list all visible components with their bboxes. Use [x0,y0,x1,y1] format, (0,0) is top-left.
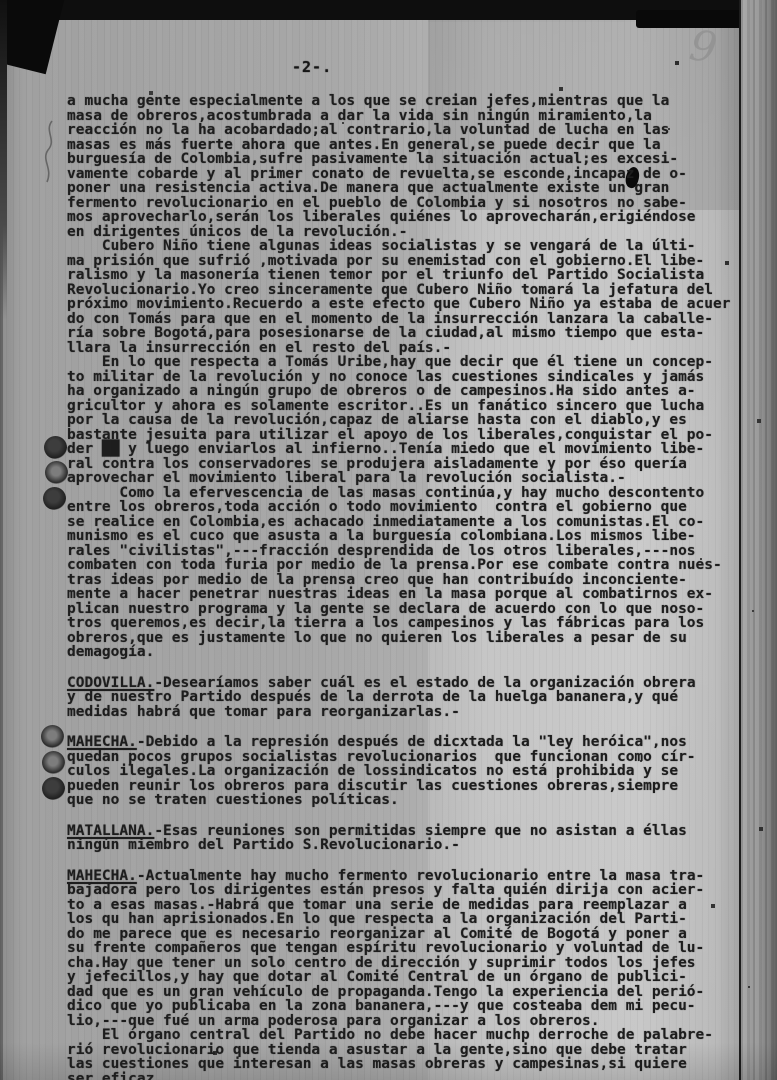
typed-line: do me parece que es necesario reorganiza… [67,927,757,942]
typed-line: se realice en Colombia,es achacado inmed… [67,515,757,530]
ink-bar-top-right [636,10,768,28]
typed-line: burguesía de Colombia,sufre pasivamente … [67,152,757,167]
typed-line: ser eficaz. [67,1072,757,1080]
paragraph: En lo que respecta a Tomás Uribe,hay que… [67,355,757,486]
typed-line: ma prisión que sufrió ,motivada por su e… [67,254,757,269]
typed-line: MATALLANA.-Esas reuniones son permitidas… [67,824,757,839]
typed-line: entre los obreros,toda acción o todo mov… [67,500,757,515]
typed-line: mos aprovecharlo,serán los liberales qui… [67,210,757,225]
typed-line: vamente cobarde y al primer conato de re… [67,167,757,182]
typed-line: en dirigentes únicos de la revolución.- [67,225,757,240]
typed-line: masas es más fuerte ahora que antes.En g… [67,138,757,153]
typed-line: plican nuestro programa y la gente se de… [67,602,757,617]
paragraph: Cubero Niño tiene algunas ideas socialis… [67,239,757,355]
typed-line: tros queremos,es decir,la tierra a los c… [67,616,757,631]
typed-line: to a esas masas.-Habrá que tomar una ser… [67,898,757,913]
typed-line: En lo que respecta a Tomás Uribe,hay que… [67,355,757,370]
punch-hole [41,725,64,748]
paragraph: a mucha gente especialmente a los que se… [67,94,757,239]
typed-line: y jefecillos,y hay que dotar al Comité C… [67,970,757,985]
typed-line: que no se traten cuestiones políticas. [67,793,757,808]
typed-line: combaten con toda furia por medio de la … [67,558,757,573]
typed-line: El órgano central del Partido no debe ha… [67,1028,757,1043]
typed-line: por la causa de la revolución,capaz de a… [67,413,757,428]
punch-hole [43,487,66,510]
typed-line: rió revolucionario que tienda a asustar … [67,1043,757,1058]
typed-line: MAHECHA.-Actualmente hay mucho fermento … [67,869,757,884]
typed-line: ha organizado a ningún grupo de obreros … [67,384,757,399]
typed-line: ral contra los conservadores se produjer… [67,457,757,472]
typed-line: obreros,que es justamente lo que no quie… [67,631,757,646]
typed-line: mente a hacer penetrar nuestras ideas en… [67,587,757,602]
scan-edge-top-grey [428,0,777,13]
typed-line: dico que yo publicaba en la zona bananer… [67,999,757,1014]
punch-hole [42,777,65,800]
typed-line: to militar de la revolución y no conoce … [67,370,757,385]
typed-line: dad que es un gran vehículo de propagand… [67,985,757,1000]
typed-line: tras ideas por medio de la prensa creo q… [67,573,757,588]
typed-line: cha.Hay que tener un solo centro de dire… [67,956,757,971]
typed-line: der ██ y luego enviarlos al infierno..Te… [67,442,757,457]
punch-hole [44,436,67,459]
typed-line: rales "civilistas",---fracción desprendi… [67,544,757,559]
typed-line: ningún miembro del Partido S.Revoluciona… [67,838,757,853]
typed-line: demagogía. [67,645,757,660]
typed-line: lio,---que fué un arma poderosa para org… [67,1014,757,1029]
scan-edge-left [0,0,3,1080]
typed-line: Revolucionario.Yo creo sinceramente que … [67,283,757,298]
typed-line: los qu han aprisionados.En lo que respec… [67,912,757,927]
paragraph: CODOVILLA.-Desearíamos saber cuál es el … [67,676,757,720]
paragraph: MAHECHA.-Actualmente hay mucho fermento … [67,869,757,1080]
typed-line: poner una resistencia activa.De manera q… [67,181,757,196]
typed-line: reacción no la ha acobardado;al contrari… [67,123,757,138]
typed-line: a mucha gente especialmente a los que se… [67,94,757,109]
page-number: -2-. [292,60,332,75]
scan-page: { "colors": { "paper_grey": "#ababab", "… [0,0,777,1080]
punch-hole [45,461,68,484]
punch-hole [42,751,65,774]
dust-specks [0,0,2,2]
speaker-name: MAHECHA. [67,734,137,750]
typed-line: culos ilegales.La organización de lossin… [67,764,757,779]
typed-line: do con Tomás para que en el momento de l… [67,312,757,327]
handwritten-page-number: 9 [686,20,720,73]
typed-line: las cuestiones que interesan a las masas… [67,1057,757,1072]
typed-line: masa de obreros,acostumbrada a dar la vi… [67,109,757,124]
typed-line: CODOVILLA.-Desearíamos saber cuál es el … [67,676,757,691]
typed-line: bastante jesuita para utilizar el apoyo … [67,428,757,443]
typed-line: Como la efervescencia de las masas conti… [67,486,757,501]
pencil-squiggle [40,118,62,188]
typed-text: a mucha gente especialmente a los que se… [67,94,757,1080]
typed-line: Cubero Niño tiene algunas ideas socialis… [67,239,757,254]
typed-line: quedan pocos grupos socialistas revoluci… [67,750,757,765]
typed-line: ralismo y la masonería tienen temor por … [67,268,757,283]
scan-edge-left-dark [0,0,7,320]
typed-line: bajadora pero los dirigentes están preso… [67,883,757,898]
typed-line: su frente compañeros que tengan espíritu… [67,941,757,956]
typed-line: fermento revolucionario en el pueblo de … [67,196,757,211]
typed-line: y de nuestro Partido después de la derro… [67,690,757,705]
paragraph: MAHECHA.-Debido a la represión después d… [67,735,757,808]
typed-line: pueden reunir los obreros para discutir … [67,779,757,794]
scan-corner-shadow [0,0,68,74]
typed-line: aprovechar el movimiento liberal para la… [67,471,757,486]
typed-line: munismo es el cuco que asusta a la burgu… [67,529,757,544]
typed-line: gricultor y ahora es solamente escritor.… [67,399,757,414]
scan-edge-top [0,0,777,20]
typed-line: llara la insurrección en el resto del pa… [67,341,757,356]
typed-line: ría sobre Bogotá,para posesionarse de la… [67,326,757,341]
typed-line: MAHECHA.-Debido a la represión después d… [67,735,757,750]
typed-line: próximo movimiento.Recuerdo a este efect… [67,297,757,312]
paragraph: MATALLANA.-Esas reuniones son permitidas… [67,824,757,853]
paragraph: Como la efervescencia de las masas conti… [67,486,757,660]
typed-line: medidas habrá que tomar para reorganizar… [67,705,757,720]
